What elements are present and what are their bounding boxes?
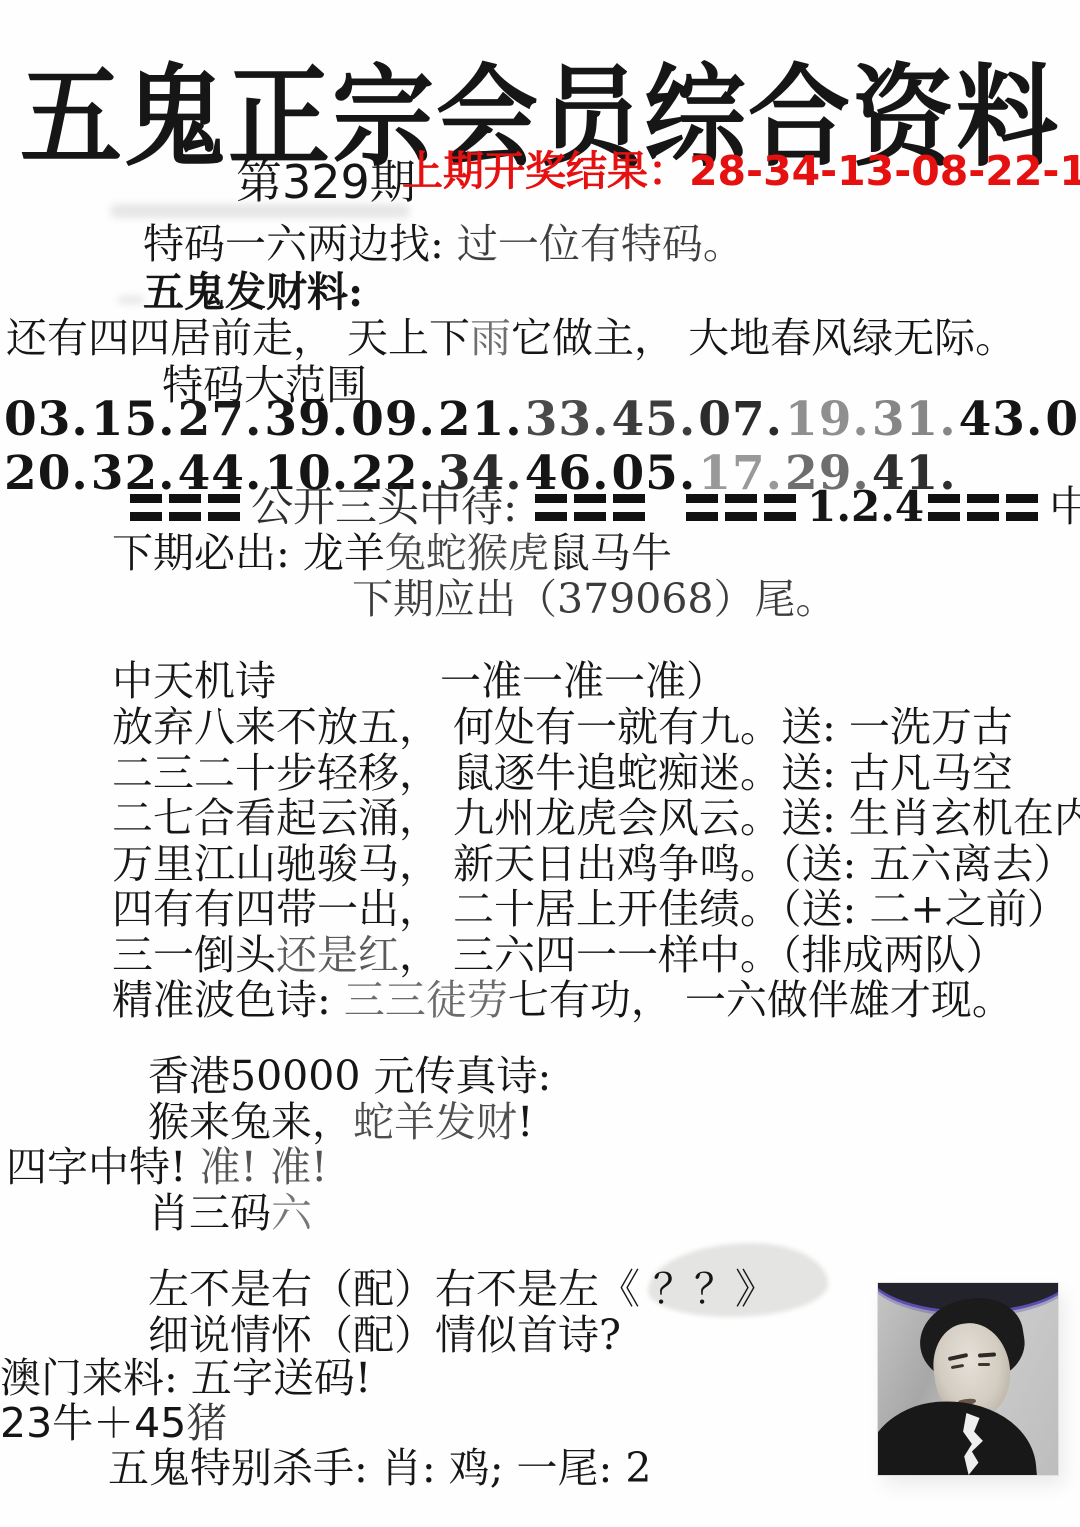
special-find-line-seg: 过一位有特码。 (457, 220, 744, 268)
redacted-blocks (130, 494, 247, 521)
special-numbers-row2-seg: 20. (4, 446, 89, 501)
redacted-block (686, 494, 718, 521)
fax-line3-seg: 四字中特! (6, 1143, 200, 1191)
redacted-blocks (535, 494, 652, 521)
special-numbers-row1-seg: 31. (872, 392, 957, 447)
poem-line: 四有有四带一出， 二十居上开佳绩。（送: 二+之前） (112, 886, 1068, 932)
poem-line: 二七合看起云涌， 九州龙虎会风云。送: 生肖玄机在内 (112, 795, 1080, 841)
scan-smudge (118, 296, 144, 304)
portrait-eye (978, 1363, 990, 1366)
redacted-block (208, 494, 240, 521)
special-numbers-row1-seg: 03. (4, 392, 89, 447)
special-numbers-row1-seg: 39. (264, 392, 349, 447)
fortune-poem-seg: 雨 (470, 314, 511, 362)
zodiac-line: 23牛＋45猪 (0, 1400, 227, 1446)
poem-line: 三一倒头还是红， 三六四一一样中。（排成两队） (112, 932, 1007, 978)
fax-line4-seg: 肖三码 (148, 1189, 271, 1237)
special-numbers-row1-seg: 02. (1045, 392, 1080, 447)
fax-line1: 香港50000 元传真诗: (148, 1053, 551, 1099)
zodiac-line-seg: 23牛＋45 (0, 1399, 186, 1447)
poem-line-seg: ， 三六四一一样中。（排成两队） (399, 931, 1007, 979)
special-numbers-row1-seg: 19. (785, 392, 870, 447)
macau-line: 澳门来料: 五字送码! (0, 1355, 371, 1401)
redacted-block (928, 494, 960, 521)
special-numbers-row1: 03.15.27.39.09.21.33.45.07.19.31.43.02.1… (4, 394, 1080, 446)
special-numbers-row1-seg: 21. (438, 392, 523, 447)
fax-line3: 四字中特! 准! 准! (6, 1144, 328, 1190)
fax-line4-seg: 六 (271, 1189, 312, 1237)
poem-color-line-seg: 三三徒劳 (344, 976, 508, 1024)
poem-color-line-seg: 精准波色诗: (112, 976, 344, 1024)
scan-smudge (110, 204, 410, 218)
special-numbers-row1-seg: 09. (351, 392, 436, 447)
special-numbers-row1-seg: 43. (959, 392, 1044, 447)
redacted-block (169, 494, 201, 521)
redacted-blocks (928, 494, 1045, 521)
redacted-block (967, 494, 999, 521)
fortune-poem: 还有四四居前走， 天上下雨它做主， 大地春风绿无际。 (6, 315, 1016, 361)
fax-line2-seg: 蛇羊发财 (353, 1098, 517, 1146)
fortune-label: 五鬼发财料: (143, 269, 363, 315)
poem-line: 放弃八来不放五， 何处有一就有九。送: 一洗万古 (112, 704, 1013, 750)
pair-line2: 细说情怀（配）情似首诗? (148, 1312, 621, 1358)
poem-line-seg: 三一倒头 (112, 931, 276, 979)
portrait-suit (878, 1394, 1038, 1475)
redacted-block (725, 494, 757, 521)
redacted-blocks (686, 494, 803, 521)
fortune-poem-seg: 它做主， 大地春风绿无际。 (511, 314, 1016, 362)
heads-label: 公开三头中待: (251, 485, 517, 529)
fax-line4: 肖三码六 (148, 1190, 312, 1236)
poem-color-line: 精准波色诗: 三三徒劳七有功， 一六做伴雄才现。 (112, 977, 1013, 1023)
pair-line1: 左不是右（配）右不是左《 ？？》 (148, 1266, 776, 1312)
fax-line3-seg: 准! 准! (200, 1143, 328, 1191)
poem-line: 万里江山驰骏马， 新天日出鸡争鸣。（送: 五六离去） (112, 841, 1074, 887)
last-draw-result: 上期开奖结果：28-34-13-08-22-15+03 (402, 138, 1080, 197)
heads-line: 公开三头中待: 1.2.4 中 (126, 485, 1080, 529)
poem-subtitle: 一准一准一准） (440, 658, 727, 704)
killer-line: 五鬼特别杀手: 肖: 鸡; 一尾: 2 (108, 1445, 651, 1491)
redacted-block (535, 494, 567, 521)
redacted-block (574, 494, 606, 521)
heads-suffix: 中 (1049, 485, 1080, 529)
poem-title: 中天机诗 (112, 658, 276, 704)
heads-value: 1.2.4 (807, 485, 924, 529)
special-numbers-row1-seg: 33. (525, 392, 610, 447)
lottery-tip-sheet: 五鬼正宗会员综合资料 第329期 上期开奖结果：28-34-13-08-22-1… (0, 0, 1080, 1527)
special-find-line: 特码一六两边找: 过一位有特码。 (143, 221, 744, 267)
redacted-block (764, 494, 796, 521)
special-numbers-row1-seg: 07. (698, 392, 783, 447)
redacted-block (613, 494, 645, 521)
fax-line2-seg: ! (517, 1098, 533, 1146)
special-find-line-seg: 特码一六两边找: (143, 220, 457, 268)
next-tail-line: 下期应出（379068）尾。 (352, 576, 837, 622)
poem-line: 二三二十步轻移， 鼠逐牛追蛇痴迷。送: 古凡马空 (112, 750, 1013, 796)
fax-line2: 猴来兔来，蛇羊发财! (148, 1099, 533, 1145)
special-numbers-row1-seg: 45. (611, 392, 696, 447)
next-must-line-seg: 鼠马牛 (549, 529, 672, 577)
special-numbers-row1-seg: 15. (91, 392, 176, 447)
next-must-line: 下期必出: 龙羊兔蛇猴虎鼠马牛 (112, 530, 672, 576)
portrait-photo (878, 1283, 1058, 1475)
redacted-block (130, 494, 162, 521)
fax-line2-seg: 猴来兔来， (148, 1098, 353, 1146)
poem-color-line-seg: 七有功， 一六做伴雄才现。 (508, 976, 1013, 1024)
issue-number: 第329期 (236, 146, 416, 212)
poem-line-seg: 还是红 (276, 931, 399, 979)
fortune-poem-seg: 还有四四居前走， 天上下 (6, 314, 470, 362)
next-must-line-seg: 兔蛇猴虎 (385, 529, 549, 577)
special-numbers-row1-seg: 27. (178, 392, 263, 447)
redacted-block (1006, 494, 1038, 521)
zodiac-line-seg: 猪 (186, 1399, 227, 1447)
next-must-line-seg: 下期必出: 龙羊 (112, 529, 385, 577)
